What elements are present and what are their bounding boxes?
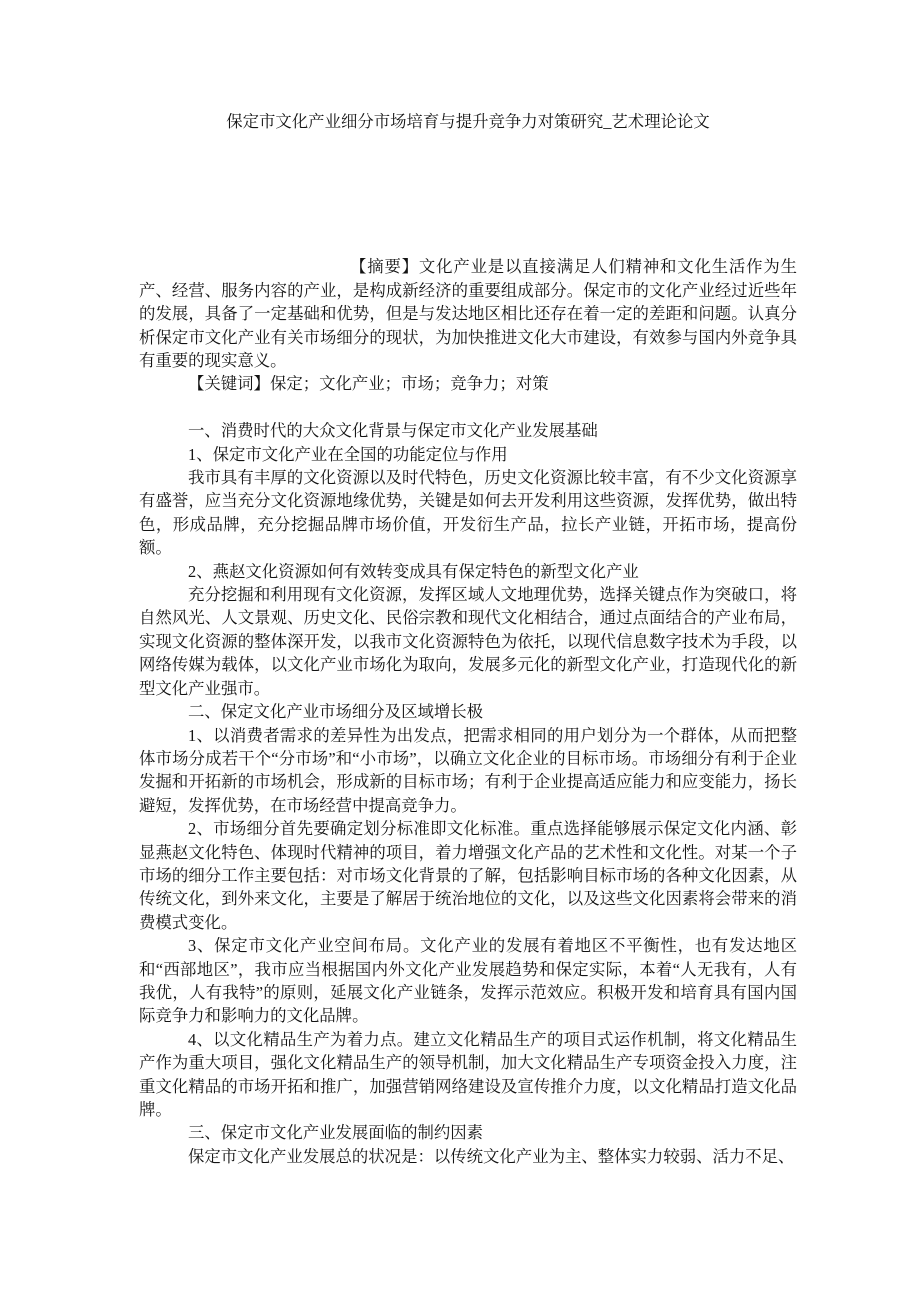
section-3-heading: 三、保定市文化产业发展面临的制约因素 bbox=[139, 1121, 797, 1144]
section-1-sub-2-paragraph: 充分挖掘和利用现有文化资源，发挥区域人文地理优势，选择关键点作为突破口，将自然风… bbox=[139, 583, 797, 700]
section-1-sub-2-heading: 2、燕赵文化资源如何有效转变成具有保定特色的新型文化产业 bbox=[139, 560, 797, 583]
section-2-item-2-paragraph: 2、市场细分首先要确定划分标准即文化标准。重点选择能够展示保定文化内涵、彰显燕赵… bbox=[139, 817, 797, 934]
document-page: 保定市文化产业细分市场培育与提升竞争力对策研究_艺术理论论文 【摘要】文化产业是… bbox=[0, 0, 920, 1302]
document-title: 保定市文化产业细分市场培育与提升竞争力对策研究_艺术理论论文 bbox=[139, 110, 797, 133]
document-content: 保定市文化产业细分市场培育与提升竞争力对策研究_艺术理论论文 【摘要】文化产业是… bbox=[139, 110, 797, 1168]
abstract-paragraph: 【摘要】文化产业是以直接满足人们精神和文化生活作为生产、经营、服务内容的产业，是… bbox=[139, 255, 797, 372]
section-1-sub-1-paragraph: 我市具有丰厚的文化资源以及时代特色，历史文化资源比较丰富，有不少文化资源享有盛誉… bbox=[139, 466, 797, 560]
keywords-line: 【关键词】保定；文化产业；市场；竞争力；对策 bbox=[139, 372, 797, 395]
blank-line bbox=[139, 396, 797, 419]
section-2-item-1-paragraph: 1、以消费者需求的差异性为出发点，把需求相同的用户划分为一个群体，从而把整体市场… bbox=[139, 724, 797, 818]
section-2-item-4-paragraph: 4、以文化精品生产为着力点。建立文化精品生产的项目式运作机制，将文化精品生产作为… bbox=[139, 1028, 797, 1122]
section-2-item-3-paragraph: 3、保定市文化产业空间布局。文化产业的发展有着地区不平衡性，也有发达地区和“西部… bbox=[139, 934, 797, 1028]
section-3-paragraph: 保定市文化产业发展总的状况是：以传统文化产业为主、整体实力较弱、活力不足、 bbox=[139, 1145, 797, 1168]
section-2-heading: 二、保定文化产业市场细分及区域增长极 bbox=[139, 700, 797, 723]
document-body: 【摘要】文化产业是以直接满足人们精神和文化生活作为生产、经营、服务内容的产业，是… bbox=[139, 255, 797, 1168]
section-1-heading: 一、消费时代的大众文化背景与保定市文化产业发展基础 bbox=[139, 419, 797, 442]
section-1-sub-1-heading: 1、保定市文化产业在全国的功能定位与作用 bbox=[139, 443, 797, 466]
